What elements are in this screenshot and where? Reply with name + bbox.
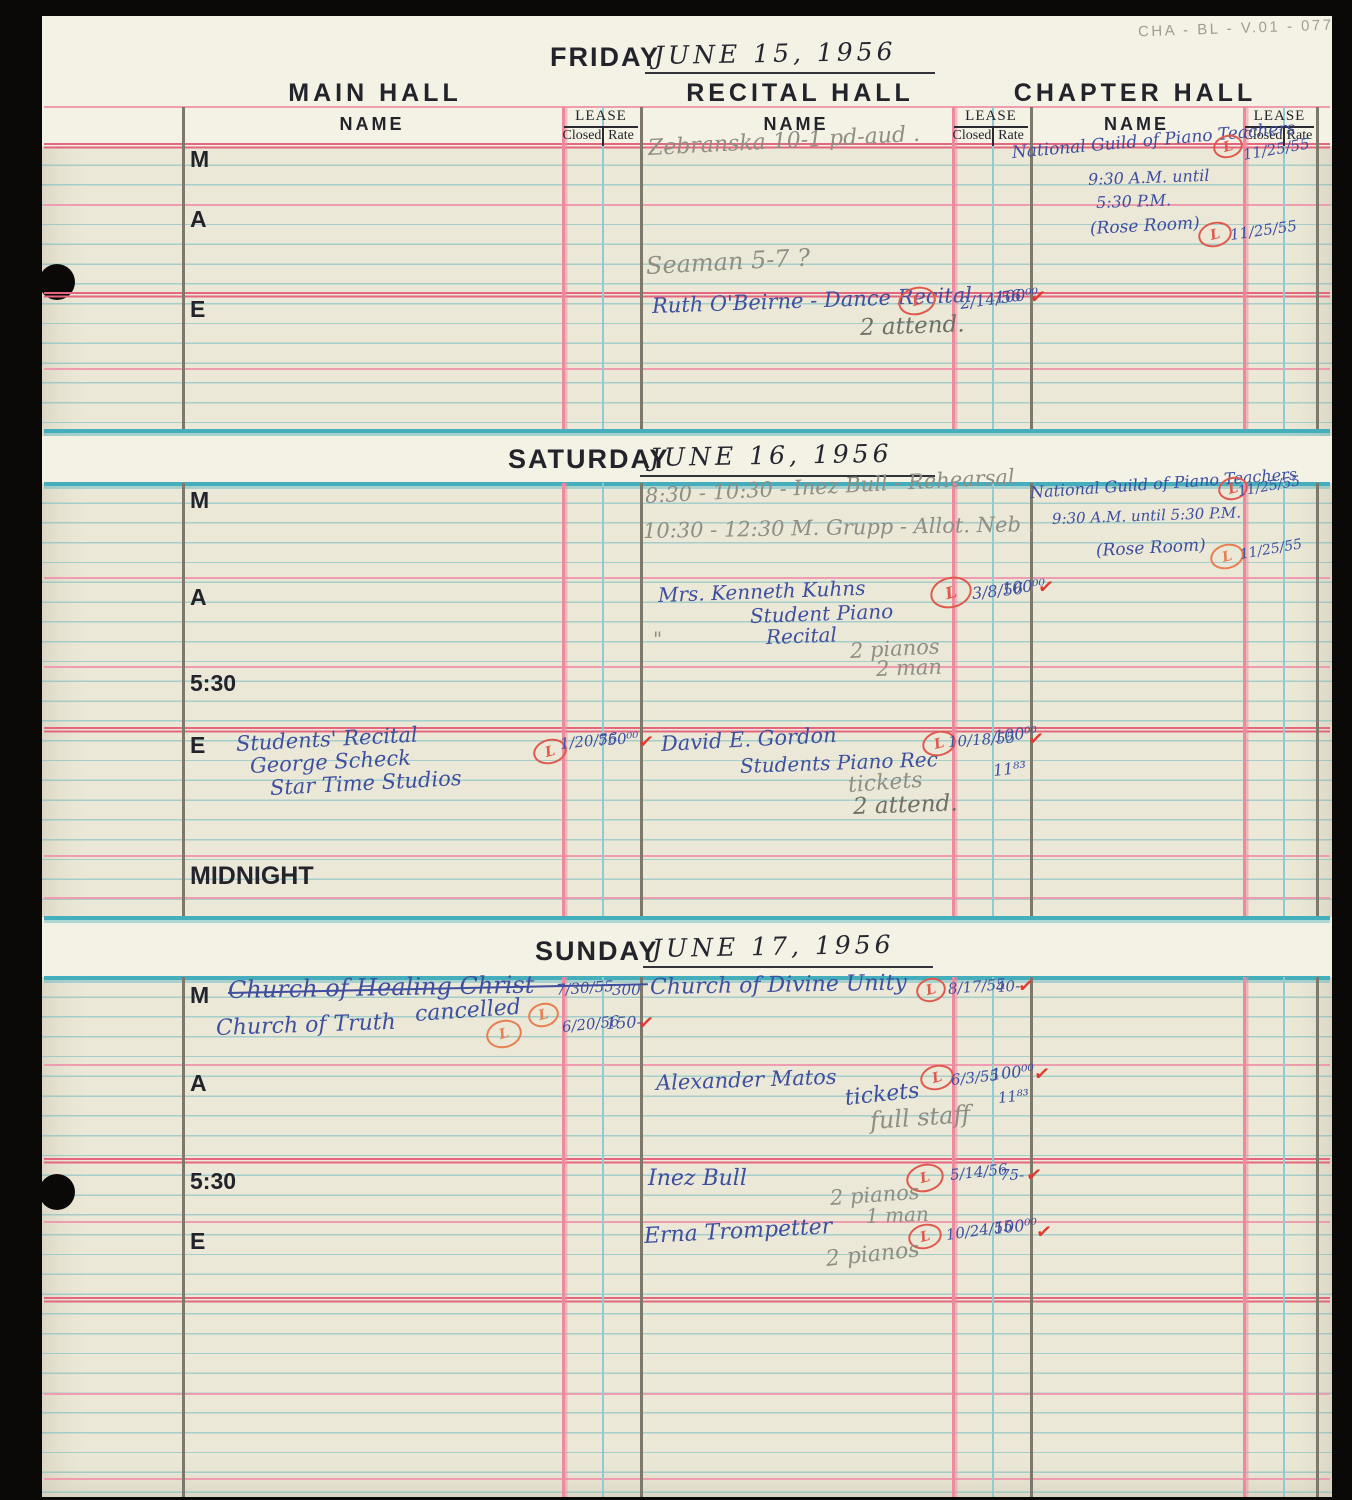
column-rule bbox=[1283, 977, 1285, 1497]
column-rule bbox=[640, 483, 643, 916]
ruled-line bbox=[44, 1158, 1330, 1160]
ruled-line bbox=[44, 368, 1330, 370]
column-rule bbox=[562, 977, 565, 1497]
rate-header-main: Rate bbox=[602, 128, 640, 144]
hall-title-chapter: CHAPTER HALL bbox=[1005, 79, 1265, 108]
entry-saturday-recital-evening-rate2: 11⁸³ bbox=[992, 758, 1027, 780]
hall-title-main: MAIN HALL bbox=[245, 79, 505, 108]
day-date-saturday: JUNE 16, 1956 bbox=[650, 439, 893, 472]
red-checkmark: ✓ bbox=[1024, 1163, 1043, 1188]
entry-saturday-recital-afternoon-ditto: " bbox=[653, 627, 662, 651]
ruled-line bbox=[44, 666, 1330, 668]
column-rule bbox=[992, 483, 994, 916]
entry-friday-recital-evening-attend: 2 attend. bbox=[860, 311, 965, 341]
date-underline bbox=[645, 72, 935, 74]
row-label-evening: E bbox=[190, 296, 205, 323]
lease-divider bbox=[992, 126, 994, 146]
entry-sunday-recital-530-rate: 75- bbox=[1000, 1166, 1024, 1184]
red-checkmark: ✓ bbox=[1028, 285, 1047, 310]
hall-title-recital: RECITAL HALL bbox=[660, 79, 940, 108]
section-rule bbox=[44, 429, 1330, 433]
row-label-morning: M bbox=[190, 982, 209, 1009]
entry-saturday-recital-afternoon-pencil2: 2 man bbox=[876, 655, 943, 681]
row-label-afternoon: A bbox=[190, 584, 207, 611]
row-label-530: 5:30 bbox=[190, 1168, 236, 1195]
entry-sunday-recital-530-name: Inez Bull bbox=[648, 1166, 747, 1191]
day-label-saturday: SATURDAY bbox=[508, 444, 670, 475]
column-rule bbox=[602, 977, 604, 1497]
ruled-line bbox=[44, 1393, 1330, 1395]
column-rule bbox=[182, 107, 185, 429]
date-underline bbox=[643, 966, 933, 968]
column-rule bbox=[1316, 483, 1319, 916]
row-label-morning: M bbox=[190, 487, 209, 514]
day-label-friday: FRIDAY bbox=[550, 42, 660, 73]
column-rule bbox=[992, 107, 994, 429]
column-rule bbox=[640, 977, 643, 1497]
red-checkmark: ✓ bbox=[1016, 974, 1035, 999]
day-label-sunday: SUNDAY bbox=[535, 936, 659, 967]
column-rule bbox=[562, 483, 565, 916]
row-label-morning: M bbox=[190, 146, 209, 173]
lease-divider bbox=[602, 126, 604, 146]
red-checkmark: ✓ bbox=[1034, 1220, 1053, 1245]
column-rule bbox=[182, 977, 185, 1497]
red-checkmark: ✓ bbox=[636, 730, 655, 755]
friday-ruled-area bbox=[42, 146, 1332, 429]
column-rule bbox=[1316, 107, 1319, 429]
entry-saturday-main-evening-rate: 750⁰⁰ bbox=[597, 728, 639, 749]
day-date-friday: JUNE 15, 1956 bbox=[654, 37, 897, 70]
ruled-line bbox=[44, 1297, 1330, 1299]
entry-sunday-recital-morning-name: Church of Divine Unity bbox=[650, 971, 907, 1000]
closed-header-recital: Closed bbox=[952, 128, 992, 144]
red-checkmark: ✓ bbox=[636, 1011, 655, 1036]
row-label-afternoon: A bbox=[190, 1070, 207, 1097]
punch-hole bbox=[39, 264, 75, 300]
lease-header-main: LEASE bbox=[562, 108, 640, 125]
ruled-line bbox=[44, 855, 1330, 857]
entry-saturday-recital-afternoon-line3: Recital bbox=[766, 623, 838, 649]
entry-sunday-recital-afternoon-rate2: 11⁸³ bbox=[997, 1086, 1030, 1107]
scanned-ledger-page: CHA - BL - V.01 - 077 FRIDAY bbox=[0, 0, 1352, 1500]
column-rule bbox=[640, 107, 643, 429]
closed-header-main: Closed bbox=[562, 128, 602, 144]
red-checkmark: ✓ bbox=[1026, 727, 1045, 752]
column-rule bbox=[602, 483, 604, 916]
row-label-evening: E bbox=[190, 1228, 205, 1255]
column-rule bbox=[182, 483, 185, 916]
ruled-line bbox=[44, 897, 1330, 899]
lease-header-recital: LEASE bbox=[952, 108, 1030, 125]
row-label-530: 5:30 bbox=[190, 670, 236, 697]
column-rule bbox=[952, 483, 955, 916]
ruled-line bbox=[44, 727, 1330, 729]
entry-friday-chapter-time-2: 5:30 P.M. bbox=[1096, 190, 1172, 212]
column-rule bbox=[1030, 977, 1033, 1497]
ruled-line bbox=[44, 1064, 1330, 1066]
row-label-evening: E bbox=[190, 732, 205, 759]
name-header-main: NAME bbox=[182, 114, 562, 135]
punch-hole bbox=[39, 1174, 75, 1210]
red-checkmark: ✓ bbox=[1036, 575, 1055, 600]
ruled-line bbox=[44, 577, 1330, 579]
ruled-line bbox=[44, 1478, 1330, 1480]
column-rule bbox=[602, 107, 604, 429]
column-rule bbox=[1030, 483, 1033, 916]
row-label-midnight: MIDNIGHT bbox=[190, 862, 314, 891]
entry-saturday-recital-evening-pencil2: 2 attend. bbox=[853, 790, 958, 820]
column-rule bbox=[952, 107, 955, 429]
day-date-sunday: JUNE 17, 1956 bbox=[652, 930, 895, 963]
red-checkmark: ✓ bbox=[1032, 1062, 1051, 1087]
column-rule bbox=[562, 107, 565, 429]
column-rule bbox=[1243, 977, 1246, 1497]
section-rule bbox=[44, 916, 1330, 920]
row-label-afternoon: A bbox=[190, 206, 207, 233]
column-rule bbox=[1316, 977, 1319, 1497]
